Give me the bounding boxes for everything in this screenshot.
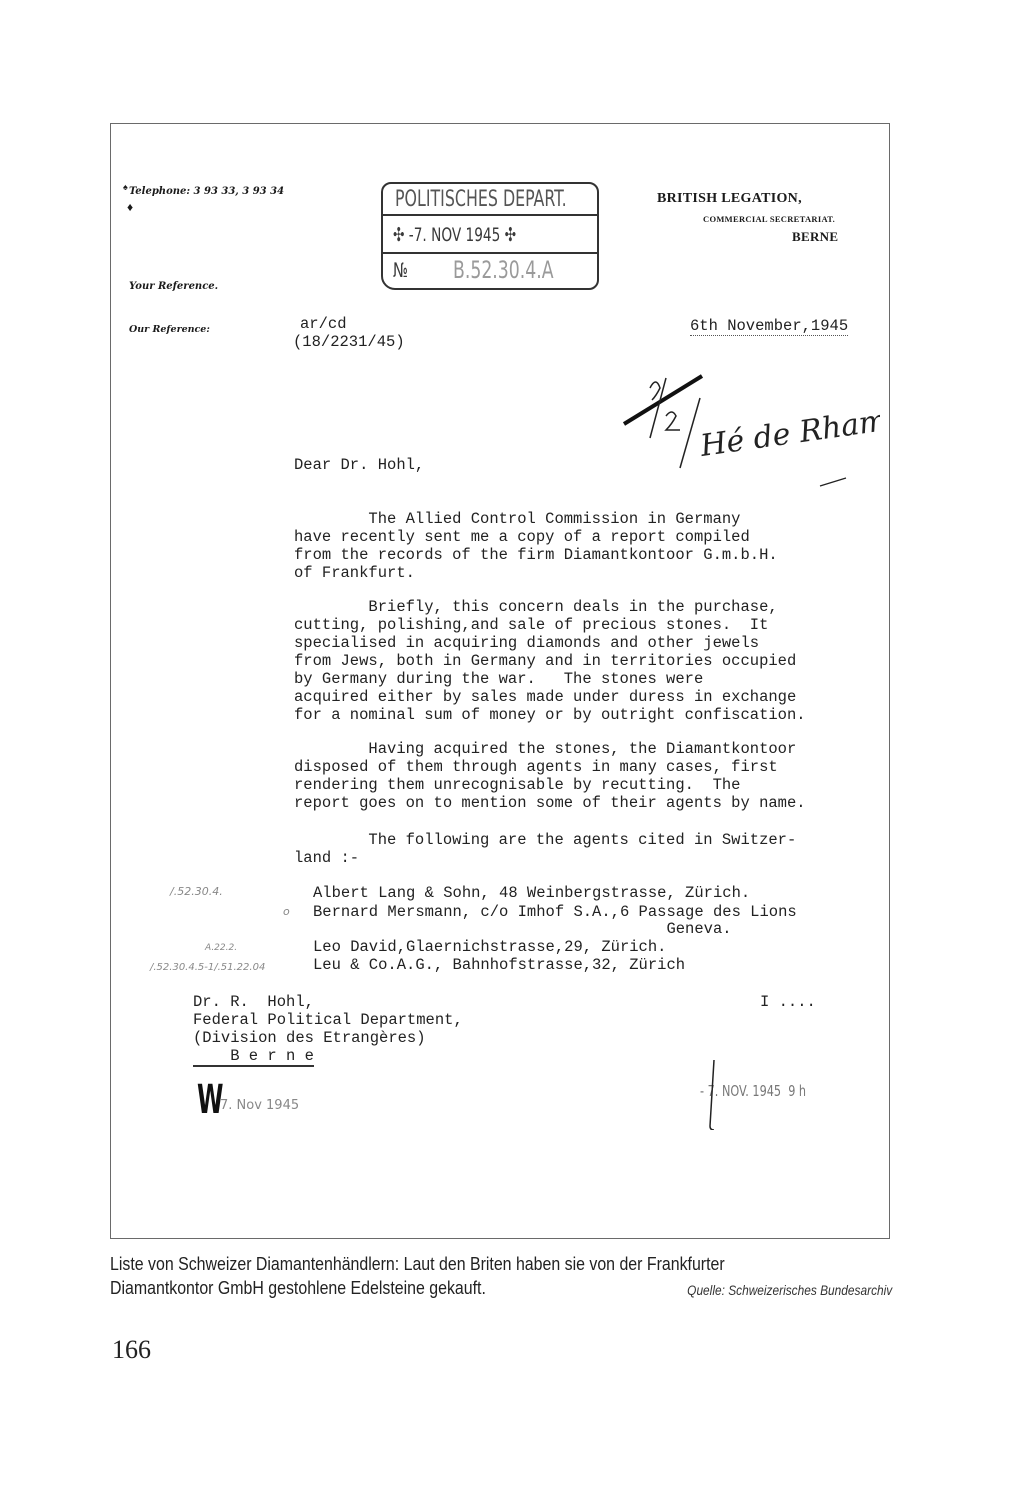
margin-note: o — [283, 905, 290, 918]
handwritten-stroke — [700, 1060, 730, 1130]
paragraph-3: Having acquired the stones, the Diamantk… — [294, 740, 806, 812]
caption-source: Quelle: Schweizerisches Bundesarchiv — [687, 1282, 892, 1298]
svg-text:Hé de Rham: Hé de Rham — [697, 403, 880, 464]
letterhead-legation: BRITISH LEGATION, — [657, 191, 802, 207]
addressee-department: Federal Political Department, — [193, 1011, 463, 1029]
agent-3: Leo David,Glaernichstrasse,29, Zürich. — [313, 938, 666, 956]
received-stamp-left: 7. Nov 1945 — [220, 1098, 299, 1113]
caption-line-1: Liste von Schweizer Diamantenhändlern: L… — [110, 1253, 725, 1275]
paragraph-2: Briefly, this concern deals in the purch… — [294, 598, 806, 724]
your-reference-label: Your Reference. — [129, 281, 218, 292]
ink-mark: ♦ — [127, 200, 133, 215]
agent-1: Albert Lang & Sohn, 48 Weinbergstrasse, … — [313, 884, 750, 902]
our-reference-value: ar/cd — [300, 315, 347, 333]
margin-note: /.52.30.4.5-1/.51.22.04 — [150, 962, 265, 973]
caption-line-2: Diamantkontor GmbH gestohlene Edelsteine… — [110, 1277, 486, 1299]
continuation-mark: I .... — [760, 993, 816, 1011]
paragraph-4: The following are the agents cited in Sw… — [294, 831, 796, 867]
our-reference-number: (18/2231/45) — [293, 333, 405, 351]
handwritten-annotation: Hé de Rham — [620, 368, 880, 488]
stamp-number-label: № — [393, 258, 408, 282]
addressee-division: (Division des Etrangères) — [193, 1029, 426, 1047]
margin-note: A.22.2. — [205, 943, 237, 953]
agent-2-city: Geneva. — [313, 920, 732, 938]
addressee-city: B e r n e — [193, 1047, 314, 1067]
stamp-department: POLITISCHES DEPART. — [395, 187, 567, 212]
agent-4: Leu & Co.A.G., Bahnhofstrasse,32, Zürich — [313, 956, 685, 974]
stamp-date: ✣ -7. NOV 1945 ✣ — [393, 224, 516, 246]
page-number: 166 — [112, 1335, 151, 1365]
ink-mark: ♠ — [123, 182, 128, 192]
received-stamp: POLITISCHES DEPART. ✣ -7. NOV 1945 ✣ № B… — [381, 182, 599, 290]
letterhead-city: BERNE — [792, 229, 838, 245]
telephone-line: Telephone: 3 93 33, 3 93 34 — [129, 186, 284, 197]
our-reference-label: Our Reference: — [129, 324, 210, 335]
salutation: Dear Dr. Hohl, — [294, 456, 424, 474]
stamp-number-value: B.52.30.4.A — [453, 256, 554, 284]
letterhead-secretariat: COMMERCIAL SECRETARIAT. — [703, 214, 835, 224]
addressee-name: Dr. R. Hohl, — [193, 993, 314, 1011]
agent-2: Bernard Mersmann, c/o Imhof S.A.,6 Passa… — [313, 903, 797, 921]
margin-note: /.52.30.4. — [170, 885, 223, 898]
paragraph-1: The Allied Control Commission in Germany… — [294, 510, 778, 582]
letter-date: 6th November,1945 — [690, 317, 848, 336]
